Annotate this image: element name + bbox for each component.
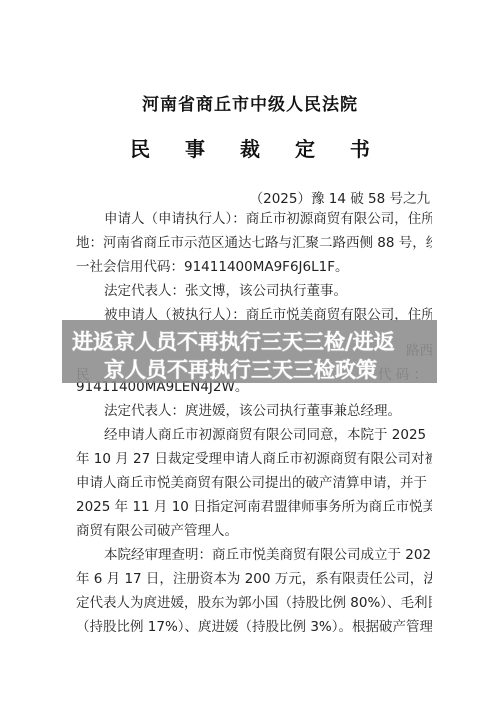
body-line-para1: 2025 年 11 月 10 日指定河南君盟律师事务所为商丘市悦美 [76,495,432,519]
document-type-title: 民 事 裁 定 书 [0,133,500,162]
case-number: （2025）豫 14 破 58 号之九 [250,187,430,207]
body-line-para2: 定代表人为庹进媛，股东为郭小国（持股比例 80%）、毛利民 [76,591,432,615]
body-line-applicant: 申请人（申请执行人）：商丘市初源商贸有限公司，住所 [76,207,432,231]
body-line-para1: 年 10 月 27 日裁定受理申请人商丘市初源商贸有限公司对被 [76,447,432,471]
body-line-credit-code: 一社会信用代码：91411400MA9F6J6L1F。 [76,255,432,279]
body-line-respondent-rep: 法定代表人：庹进媛，该公司执行董事兼总经理。 [76,399,432,423]
body-line-para2: （持股比例 17%）、庹进媛（持股比例 3%）。根据破产管理人 [76,615,432,639]
banner-headline-line-2: 京人员不再执行三天三检政策 [104,354,377,384]
body-line-para1: 经申请人商丘市初源商贸有限公司同意，本院于 2025 [76,423,432,447]
body-line-para1: 商贸有限公司破产管理人。 [76,519,432,543]
body-line-para2: 年 6 月 17 日，注册资本为 200 万元，系有限责任公司，法 [76,567,432,591]
body-line-para1: 申请人商丘市悦美商贸有限公司提出的破产清算申请，并于 [76,471,432,495]
headline-overlay-banner: 进返京人员不再执行三天三检/进返 京人员不再执行三天三检政策 [62,320,437,383]
ruling-body: 申请人（申请执行人）：商丘市初源商贸有限公司，住所 地：河南省商丘市示范区通达七… [76,207,432,639]
body-line-address: 地：河南省商丘市示范区通达七路与汇聚二路西侧 88 号，统 [76,231,432,255]
body-line-legal-rep: 法定代表人：张文博，该公司执行董事。 [76,279,432,303]
court-name: 河南省商丘市中级人民法院 [0,90,500,115]
banner-headline-line-1: 进返京人员不再执行三天三检/进返 [72,326,395,356]
body-line-para2: 本院经审理查明：商丘市悦美商贸有限公司成立于 2022 [76,543,432,567]
